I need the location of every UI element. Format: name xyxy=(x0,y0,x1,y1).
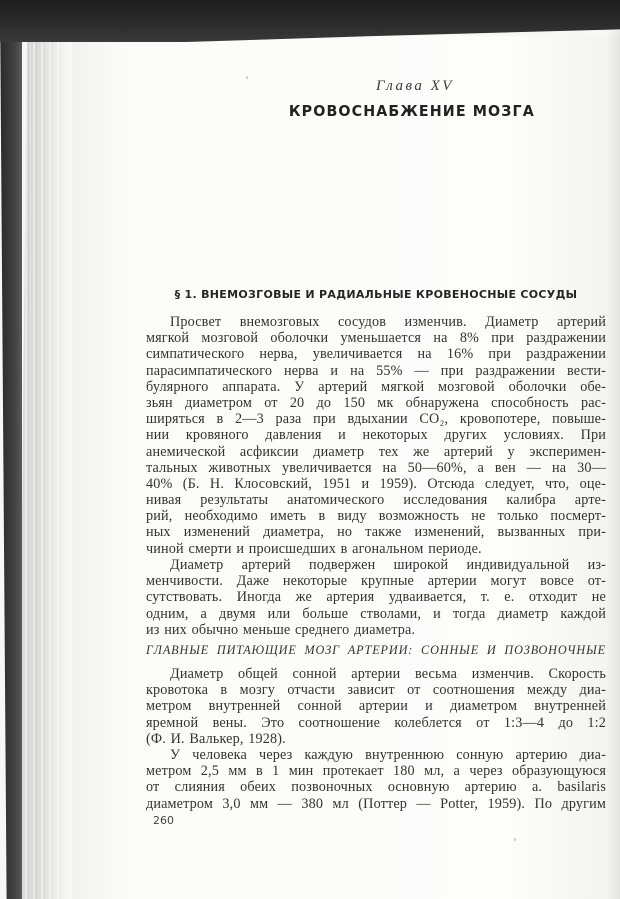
text-line: ширяться в 2—3 раза при вдыхании CO₂, кр… xyxy=(146,411,606,427)
text-line: ных изменений диаметра, но также изменен… xyxy=(146,524,606,540)
section-heading: § 1. ВНЕМОЗГОВЫЕ И РАДИАЛЬНЫЕ КРОВЕНОСНЫ… xyxy=(146,288,606,301)
text-line: нии кровяного давления и некоторых други… xyxy=(146,427,606,443)
text-line: от слияния обеих позвоночных основную ар… xyxy=(146,779,606,795)
subsection-heading: ГЛАВНЫЕ ПИТАЮЩИЕ МОЗГ АРТЕРИИ: СОННЫЕ И … xyxy=(146,643,606,658)
chapter-title: КРОВОСНАБЖЕНИЕ МОЗГА xyxy=(164,102,587,120)
text-line: из них обычно меньше среднего диаметра. xyxy=(146,622,606,638)
scan-speck xyxy=(514,838,516,841)
book-scan: Глава XV КРОВОСНАБЖЕНИЕ МОЗГА § 1. ВНЕМО… xyxy=(0,0,620,899)
text-line: анемической асфиксии диаметр тех же арте… xyxy=(146,444,606,460)
text-line: 40% (Б. Н. Клосовский, 1951 и 1959). Отс… xyxy=(146,476,606,492)
section-paragraph-1: Просвет внемозговых сосудов изменчив. Ди… xyxy=(146,314,606,557)
subsection-paragraph-1: Диаметр общей сонной артерии весьма изме… xyxy=(146,666,606,747)
text-line: рий, необходимо иметь в виду возможность… xyxy=(146,508,606,524)
text-line: симпатического нерва, увеличивается на 1… xyxy=(146,346,606,362)
text-line: сутствовать. Иногда же артерия удваивает… xyxy=(146,589,606,605)
text-line: парасимпатического нерва и на 55% — при … xyxy=(146,363,606,379)
text-line: кровотока в мозгу отчасти зависит от соо… xyxy=(146,682,606,698)
text-line: Просвет внемозговых сосудов изменчив. Ди… xyxy=(146,314,606,330)
text-line: мягкой мозговой оболочки уменьшается на … xyxy=(146,330,606,346)
text-line: тальных животных увеличивается на 50—60%… xyxy=(146,460,606,476)
text-line: метром 2,5 мм в 1 мин протекает 180 мл, … xyxy=(146,763,606,779)
page-number: 260 xyxy=(153,814,174,827)
book-cover-edge xyxy=(0,0,22,899)
subsection-paragraph-2: У человека через каждую внутреннюю сонну… xyxy=(146,747,606,812)
text-line: нивая результаты анатомического исследов… xyxy=(146,492,606,508)
text-line: булярного аппарата. У артерий мягкой моз… xyxy=(146,379,606,395)
text-line: яремной вены. Это соотношение колеблется… xyxy=(146,715,606,731)
text-line: менчивости. Даже некоторые крупные артер… xyxy=(146,573,606,589)
section-paragraph-2: Диаметр артерий подвержен широкой индиви… xyxy=(146,557,606,638)
text-line: диаметром 3,0 мм — 380 мл (Поттер — Pott… xyxy=(146,796,606,812)
text-line: одним, а двумя или больше стволами, и то… xyxy=(146,606,606,622)
text-line: У человека через каждую внутреннюю сонну… xyxy=(146,747,606,763)
text-line: метром внутренней сонной артерии и диаме… xyxy=(146,698,606,714)
text-line: Диаметр общей сонной артерии весьма изме… xyxy=(146,666,606,682)
text-line: (Ф. И. Валькер, 1928). xyxy=(146,731,606,747)
page-right-shadow xyxy=(606,30,620,899)
chapter-label: Глава XV xyxy=(146,78,606,95)
text-line: зьян диаметром от 20 до 150 мк обнаружен… xyxy=(146,395,606,411)
text-line: чиной смерти и происшедших в агональном … xyxy=(146,541,606,557)
text-line: Диаметр артерий подвержен широкой индиви… xyxy=(146,557,606,573)
